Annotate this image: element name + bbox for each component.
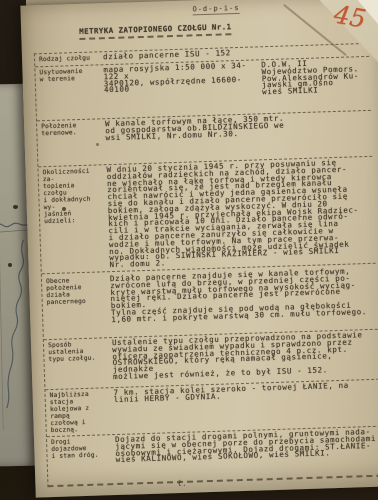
- row-label: Okoliczności za- topienia czołgu i dokła…: [43, 167, 110, 271]
- punch-hole: [13, 205, 18, 209]
- footer-mark: ł.: [177, 479, 187, 488]
- row-content: mapa rosyjska 1:50 000 x 34- 122 x 34P01…: [103, 59, 368, 116]
- ink-smudge: [96, 143, 99, 146]
- punch-hole: [8, 263, 12, 267]
- archival-photo: O-d-p-i-s METRYKA ZATOPIONEGO CZOŁGU Nr.…: [0, 0, 378, 500]
- title-block: METRYKA ZATOPIONEGO CZOŁGU Nr.1: [79, 22, 232, 40]
- row-content: W kanale torfowym na łące, 350 mtr. od g…: [105, 113, 370, 162]
- row-label: Obecne położenie działa pancernego: [46, 276, 112, 337]
- row-content: W dniu 20 stycznia 1945 r. przy posuwani…: [106, 159, 373, 269]
- table-row-obecne-polozenie: Obecne położenie działa pancernego Dział…: [42, 264, 378, 340]
- row-content: 7 km. stacja kolei szeroko - torowej ŁAN…: [113, 382, 378, 432]
- tank-record-table: Rodzaj czołgu działo pancerne ISU - 152 …: [34, 43, 378, 487]
- map-reference: mapa rosyjska 1:50 000 x 34- 122 x 34P01…: [103, 62, 262, 116]
- row-label: Drogi dojazdowe i stan dróg.: [51, 437, 116, 483]
- row-content: Ustalenie typu czołgu przeprowadzono na …: [112, 332, 377, 385]
- table-row-okolicznosci-zatopienia: Okoliczności za- topienia czołgu i dokła…: [38, 157, 375, 274]
- table-row-drogi-dojazdowe: Drogi dojazdowe i stan dróg. Dojazd do s…: [47, 427, 378, 485]
- row-content: Działo pancerne znajduje się w kanale to…: [110, 268, 376, 335]
- row-label: Rodzaj czołgu: [39, 54, 103, 64]
- row-label: Najbliższa stacja kolejowa z rampą czoło…: [50, 390, 115, 434]
- row-label: Usytuowanie w terenie: [39, 67, 105, 118]
- handwritten-page-number: 45: [332, 0, 368, 34]
- document-page: O-d-p-i-s METRYKA ZATOPIONEGO CZOŁGU Nr.…: [20, 0, 378, 498]
- odpis-stamp: O-d-p-i-s: [192, 4, 239, 15]
- ink-smudge: [62, 207, 66, 211]
- administrative-location: D.O.W. II Województwo Pomors. Pow.Aleksa…: [261, 59, 368, 111]
- row-content: Dojazd do stacji drogami polnymi, grunto…: [115, 429, 378, 481]
- row-label: Sposób ustalenia typu czołgu.: [48, 340, 113, 387]
